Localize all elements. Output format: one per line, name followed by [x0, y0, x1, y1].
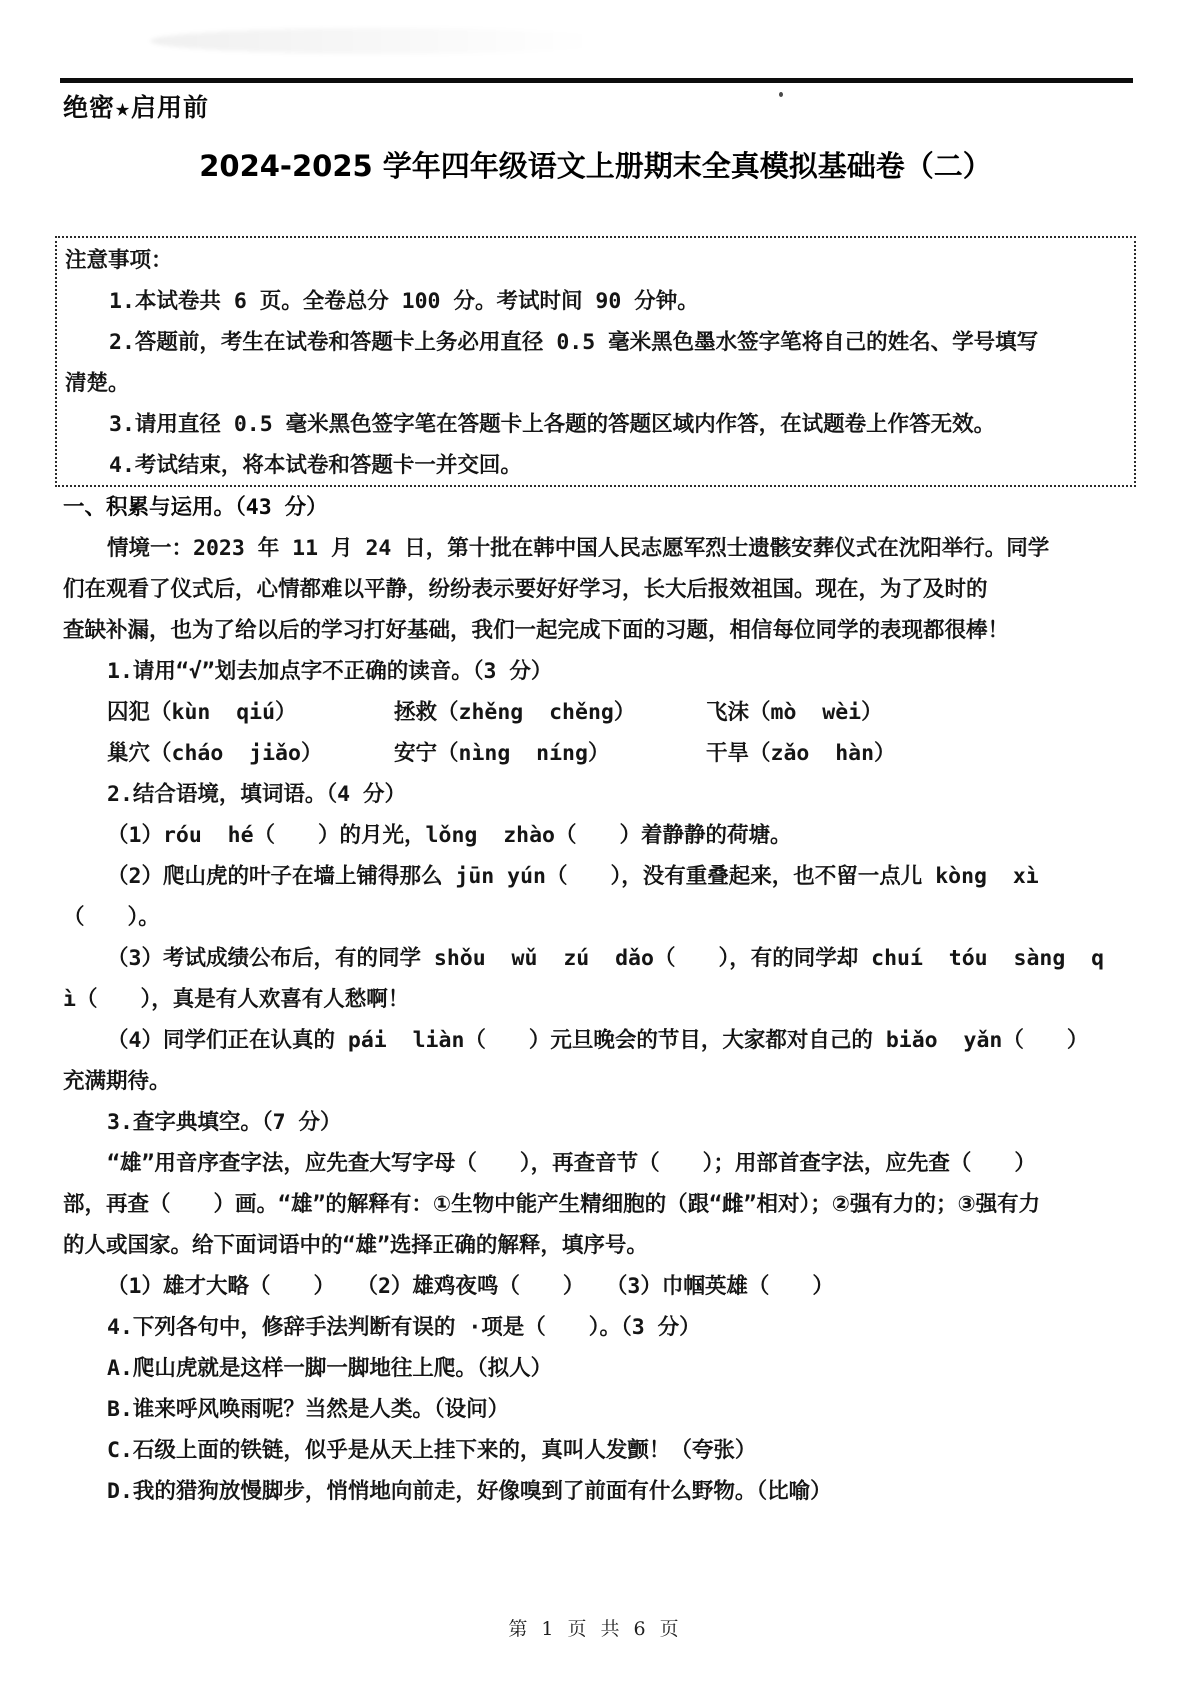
q1-word-3: 飞沫（mò wèi）	[706, 692, 1133, 733]
q1-word-5: 安宁（nìng níng）	[394, 733, 706, 774]
scenario-line-2: 们在观看了仪式后，心情都难以平静，纷纷表示要好好学习，长大后报效祖国。现在，为了…	[63, 569, 1133, 610]
q1-word-2: 拯救（zhěng chěng）	[394, 692, 706, 733]
q2-line-3: （3）考试成绩公布后，有的同学 shǒu wǔ zú dǎo（ ），有的同学却 …	[63, 938, 1133, 979]
exam-body: 一、积累与运用。（43 分） 情境一：2023 年 11 月 24 日，第十批在…	[63, 487, 1133, 1512]
notice-item-1: 1.本试卷共 6 页。全卷总分 100 分。考试时间 90 分钟。	[65, 281, 1126, 322]
q2-line-2: （2）爬山虎的叶子在墙上铺得那么 jūn yún（ ），没有重叠起来，也不留一点…	[63, 856, 1133, 897]
q4-option-a: A.爬山虎就是这样一脚一脚地往上爬。（拟人）	[63, 1348, 1133, 1389]
notice-heading: 注意事项：	[65, 240, 1126, 281]
scenario-line-1: 情境一：2023 年 11 月 24 日，第十批在韩中国人民志愿军烈士遗骸安葬仪…	[63, 528, 1133, 569]
q2-stem: 2.结合语境，填词语。（4 分）	[63, 774, 1133, 815]
q1-stem: 1.请用“√”划去加点字不正确的读音。（3 分）	[63, 651, 1133, 692]
q1-word-1: 囚犯（kùn qiú）	[107, 692, 394, 733]
q1-row-2: 巢穴（cháo jiǎo） 安宁（nìng níng） 干旱（zǎo hàn）	[63, 733, 1133, 774]
q2-line-2-continued: （ ）。	[63, 897, 1133, 938]
notice-item-2: 2.答题前，考生在试卷和答题卡上务必用直径 0.5 毫米黑色墨水签字笔将自己的姓…	[65, 322, 1126, 363]
exam-paper-page: 绝密★启用前 2024-2025 学年四年级语文上册期末全真模拟基础卷（二） 注…	[0, 0, 1191, 1684]
q3-line-1: “雄”用音序查字法，应先查大写字母（ ），再查音节（ ）；用部首查字法，应先查（…	[63, 1143, 1133, 1184]
page-footer: 第 1 页 共 6 页	[0, 1614, 1191, 1641]
notice-item-4: 4.考试结束，将本试卷和答题卡一并交回。	[65, 445, 1126, 486]
q2-line-4-continued: 充满期待。	[63, 1061, 1133, 1102]
q4-stem: 4.下列各句中，修辞手法判断有误的 ·项是（ ）。（3 分）	[63, 1307, 1133, 1348]
q2-line-3-continued: ì（ ），真是有人欢喜有人愁啊！	[63, 979, 1133, 1020]
section-one-heading: 一、积累与运用。（43 分）	[63, 487, 1133, 528]
paper-title: 2024-2025 学年四年级语文上册期末全真模拟基础卷（二）	[0, 144, 1191, 185]
q4-option-c: C.石级上面的铁链，似乎是从天上挂下来的，真叫人发颤！（夸张）	[63, 1430, 1133, 1471]
q2-line-4: （4）同学们正在认真的 pái liàn（ ）元旦晚会的节目，大家都对自己的 b…	[63, 1020, 1133, 1061]
q4-option-b: B.谁来呼风唤雨呢？当然是人类。（设问）	[63, 1389, 1133, 1430]
top-rule-line	[60, 78, 1133, 83]
q2-line-1: （1）róu hé（ ）的月光，lǒng zhào（ ）着静静的荷塘。	[63, 815, 1133, 856]
scan-smudge-artifact	[150, 28, 620, 54]
notice-box: 注意事项： 1.本试卷共 6 页。全卷总分 100 分。考试时间 90 分钟。 …	[55, 236, 1136, 487]
security-label: 绝密★启用前	[63, 88, 209, 124]
q4-option-d: D.我的猎狗放慢脚步，悄悄地向前走，好像嗅到了前面有什么野物。（比喻）	[63, 1471, 1133, 1512]
notice-item-2-continued: 清楚。	[65, 363, 1126, 404]
scenario-line-3: 查缺补漏，也为了给以后的学习打好基础，我们一起完成下面的习题，相信每位同学的表现…	[63, 610, 1133, 651]
q1-word-4: 巢穴（cháo jiǎo）	[107, 733, 394, 774]
q3-line-2: 部，再查（ ）画。“雄”的解释有：①生物中能产生精细胞的（跟“雌”相对）；②强有…	[63, 1184, 1133, 1225]
q3-subitems: （1）雄才大略（ ） （2）雄鸡夜鸣（ ） （3）巾帼英雄（ ）	[63, 1266, 1133, 1307]
notice-item-3: 3.请用直径 0.5 毫米黑色签字笔在答题卡上各题的答题区域内作答，在试题卷上作…	[65, 404, 1126, 445]
scan-dot-artifact	[779, 92, 783, 97]
q3-stem: 3.查字典填空。（7 分）	[63, 1102, 1133, 1143]
q1-row-1: 囚犯（kùn qiú） 拯救（zhěng chěng） 飞沫（mò wèi）	[63, 692, 1133, 733]
q3-line-3: 的人或国家。给下面词语中的“雄”选择正确的解释，填序号。	[63, 1225, 1133, 1266]
q1-word-6: 干旱（zǎo hàn）	[706, 733, 1133, 774]
